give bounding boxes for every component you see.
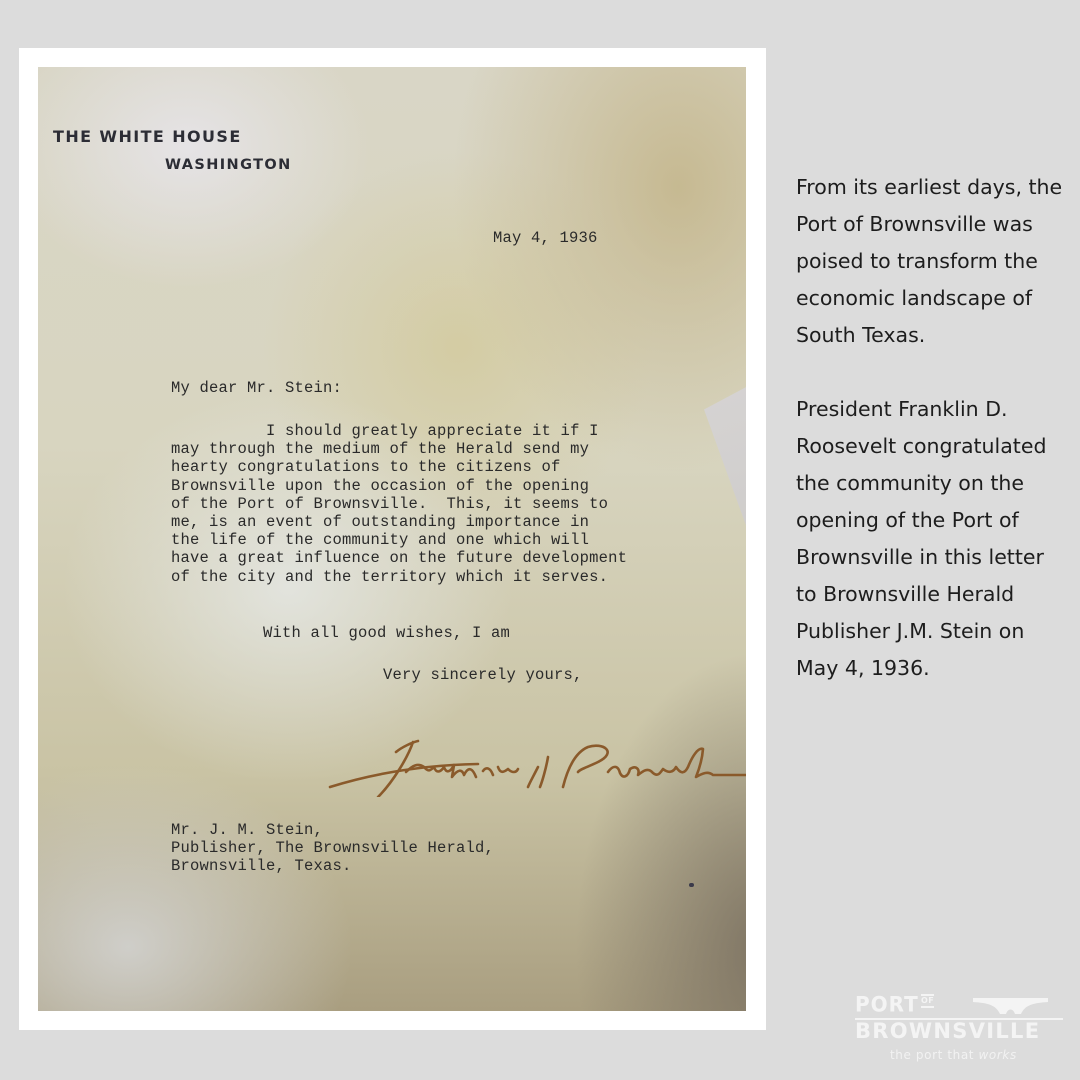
letterhead-city: WASHINGTON [165,157,292,173]
caption-intro: From its earliest days, the Port of Brow… [796,169,1071,354]
signature-icon [318,727,746,797]
letter-date: May 4, 1936 [493,229,598,247]
tagline-emphasis: works [979,1048,1017,1062]
caption-paragraph-1: From its earliest days, the Port of Brow… [796,169,1071,354]
tagline-prefix: the port that [890,1048,979,1062]
paper-fold-overlay [704,367,746,617]
caption-paragraph-2: President Franklin D. Roosevelt congratu… [796,391,1071,687]
port-of-brownsville-logo: PORT OF BROWNSVILLE the port that works [855,992,1065,1067]
letter-body: I should greatly appreciate it if I may … [171,422,627,586]
recipient-address: Mr. J. M. Stein, Publisher, The Brownsvi… [171,821,494,876]
letter-photo: THE WHITE HOUSE WASHINGTON May 4, 1936 M… [38,67,746,1011]
logo-port-text: PORT [855,991,919,1016]
logo-of-text: OF [921,994,934,1008]
letterhead-title: THE WHITE HOUSE [53,127,242,146]
mooring-cleat-icon [973,996,1048,1016]
letter-closing-wishes: With all good wishes, I am [263,624,510,642]
paper-speck [689,883,694,887]
letter-salutation: My dear Mr. Stein: [171,379,342,397]
logo-brownsville-text: BROWNSVILLE [855,1019,1040,1043]
letter-closing-valediction: Very sincerely yours, [383,666,583,684]
logo-tagline: the port that works [890,1048,1017,1062]
caption-detail: President Franklin D. Roosevelt congratu… [796,391,1071,687]
